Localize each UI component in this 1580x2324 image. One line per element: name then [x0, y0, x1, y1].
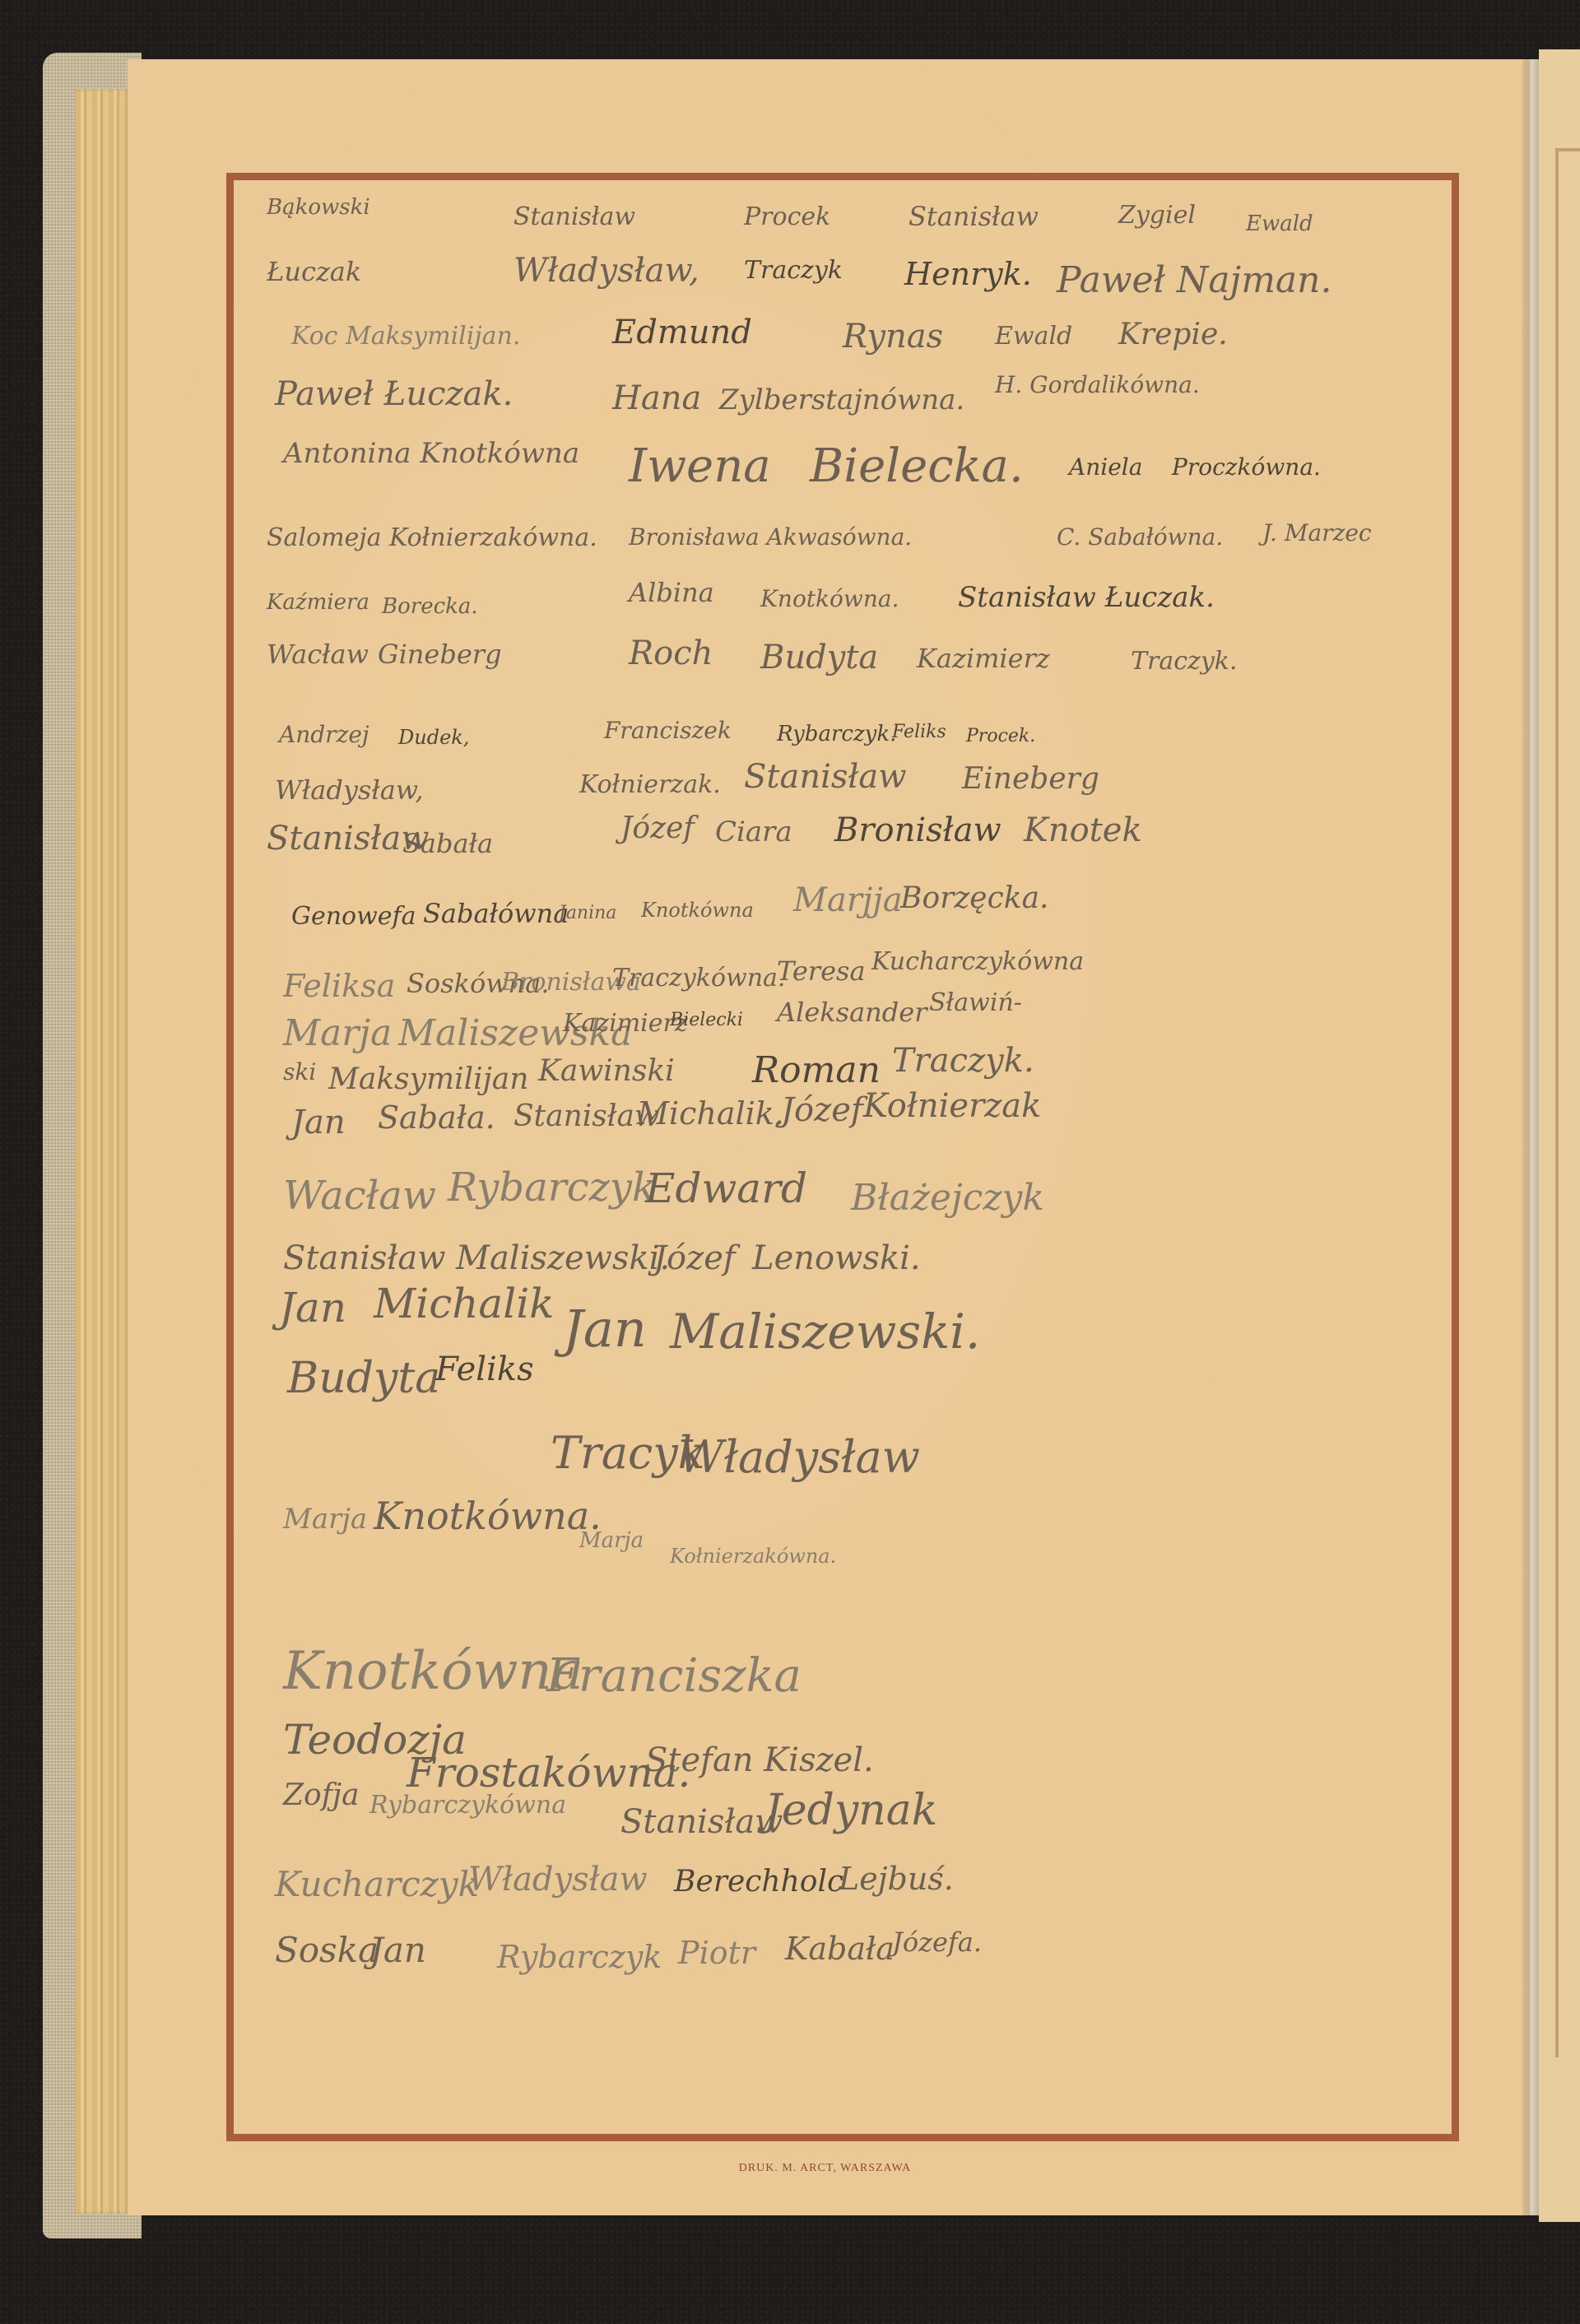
- handwritten-signature: Knotkówna.: [374, 1497, 602, 1535]
- handwritten-signature: Józef: [781, 1094, 863, 1127]
- adjacent-page-frame: [1555, 148, 1580, 2057]
- handwritten-signature: Kucharczykówna: [871, 950, 1084, 974]
- handwritten-signature: Salomeja Kołnierzakówna.: [267, 526, 597, 551]
- handwritten-signature: Łuczak: [267, 258, 361, 285]
- page-edge-stack: [76, 89, 130, 2214]
- handwritten-signature: Ciara: [715, 818, 792, 846]
- handwritten-signature: Stanisław: [744, 760, 906, 793]
- handwritten-signature: Knotkówna.: [760, 588, 899, 611]
- handwritten-signature: Błażejczyk: [851, 1180, 1044, 1216]
- handwritten-signature: Feliksa: [283, 970, 395, 1002]
- handwritten-signature: Stanisław: [513, 205, 635, 230]
- handwritten-signature: Paweł Najman.: [1057, 263, 1331, 299]
- handwritten-signature: Berechholc: [674, 1867, 843, 1897]
- handwritten-signature: Kazimierz: [917, 645, 1050, 672]
- handwritten-signature: Kołnierzak: [863, 1090, 1041, 1122]
- handwritten-signature: Bronisława Akwasówna.: [629, 526, 912, 549]
- handwritten-signature: Marja: [579, 1530, 644, 1551]
- handwritten-signature: Sabałówna: [423, 900, 569, 927]
- handwritten-signature: Rybarczyk: [448, 1168, 656, 1207]
- handwritten-signature: Kabała: [785, 1933, 895, 1964]
- handwritten-signature: Jan: [563, 1304, 647, 1355]
- handwritten-signature: Andrzej: [279, 723, 369, 746]
- handwritten-signature: Michalik.: [637, 1098, 784, 1129]
- handwritten-signature: Władysław: [468, 1863, 648, 1896]
- handwritten-signature: J. Marzec: [1262, 522, 1372, 545]
- handwritten-signature: C. Sabałówna.: [1057, 526, 1223, 549]
- red-border-frame: BąkowskiStanisławProcekStanisławZygielEw…: [226, 173, 1459, 2141]
- handwritten-signature: Rybarczyk: [497, 1941, 662, 1973]
- handwritten-signature: Jedynak: [764, 1789, 937, 1832]
- handwritten-signature: Marjja: [793, 884, 903, 917]
- handwritten-signature: Knotkówna: [641, 900, 754, 920]
- handwritten-signature: Zylberstajnówna.: [719, 386, 964, 414]
- handwritten-signature: Stanisław: [283, 1242, 445, 1275]
- handwritten-signature: Feliks: [892, 723, 946, 741]
- handwritten-signature: Traczykówna.: [612, 966, 785, 991]
- handwritten-signature: Gineberg: [378, 641, 502, 667]
- handwritten-signature: Jan: [369, 1933, 426, 1968]
- handwritten-signature: Stanisław: [908, 203, 1039, 230]
- handwritten-signature: Bielecki: [670, 1011, 743, 1030]
- handwritten-signature: Rynas: [843, 320, 943, 353]
- handwritten-signature: Maliszewski.: [670, 1308, 980, 1355]
- handwritten-signature: Janina: [559, 904, 616, 923]
- handwritten-signature: Budyta: [760, 641, 878, 674]
- handwritten-signature: Aleksander: [777, 999, 927, 1025]
- handwritten-signature: Edmund: [612, 316, 752, 349]
- handwritten-signature: Borecka.: [382, 596, 478, 617]
- handwritten-signature: Iwena: [629, 444, 771, 490]
- handwritten-signature: Koc Maksymilijan.: [291, 324, 520, 349]
- handwritten-signature: Henryk.: [904, 258, 1032, 290]
- handwritten-signature: Sabała.: [378, 1102, 495, 1133]
- handwritten-signature: Maksymilijan: [328, 1065, 528, 1095]
- handwritten-signature: Knotkówna: [283, 1645, 583, 1698]
- handwritten-signature: Kaźmiera: [267, 592, 369, 613]
- handwritten-signature: Genowefa: [291, 904, 416, 929]
- handwritten-signature: Teresa: [777, 958, 866, 984]
- handwritten-signature: Stanisław Łuczak.: [958, 583, 1215, 611]
- book-gutter: [1522, 59, 1539, 2215]
- handwritten-signature: Dudek,: [398, 727, 469, 747]
- handwritten-signature: Stefan Kiszel.: [645, 1744, 874, 1777]
- handwritten-signature: Wacław: [267, 641, 369, 667]
- handwritten-signature: Procek: [744, 205, 830, 230]
- handwritten-signature: Kawinski: [538, 1057, 675, 1086]
- handwritten-signature: Lejbuś.: [839, 1863, 954, 1894]
- handwritten-signature: Bąkowski: [267, 197, 370, 218]
- handwritten-signature: Sławiń-: [929, 991, 1022, 1016]
- handwritten-signature: Zygiel: [1118, 203, 1196, 228]
- handwritten-signature: Budyta: [287, 1357, 440, 1400]
- handwritten-signature: Proczkówna.: [1172, 456, 1321, 479]
- handwritten-signature: ski: [283, 1061, 316, 1084]
- handwritten-signature: Feliks: [435, 1353, 534, 1386]
- handwritten-signature: Bronisław: [834, 814, 1001, 847]
- handwritten-signature: Rybarczykówna: [369, 1793, 566, 1818]
- handwritten-signature: Wacław: [283, 1176, 436, 1215]
- handwritten-signature: Paweł Łuczak.: [275, 378, 513, 411]
- handwritten-signature: Józef: [653, 1242, 736, 1275]
- adjacent-page-edge: [1539, 49, 1580, 2222]
- handwritten-signature: Procek.: [966, 727, 1035, 746]
- handwritten-signature: Sabała: [402, 830, 493, 857]
- handwritten-signature: Józef: [620, 814, 695, 844]
- handwritten-signature: H. Gordalikówna.: [995, 374, 1200, 397]
- handwritten-signature: Franciszek: [604, 719, 732, 742]
- handwritten-signature: Jan: [291, 1106, 346, 1139]
- handwritten-signature: Jan: [279, 1287, 346, 1328]
- handwritten-signature: Traczyk: [744, 258, 843, 283]
- handwritten-signature: Roman: [752, 1053, 881, 1089]
- handwritten-signature: Traczyk.: [892, 1044, 1034, 1077]
- handwritten-signature: Eineberg: [962, 765, 1099, 794]
- handwritten-signature: Rybarczyk.: [777, 723, 896, 745]
- handwritten-signature: Kazimierz: [563, 1011, 688, 1036]
- handwritten-signature: Borzęcka.: [900, 884, 1049, 913]
- handwritten-signature: Michalik: [374, 1283, 554, 1324]
- handwritten-signature: Roch: [629, 637, 713, 670]
- handwritten-signature: Albina: [629, 579, 714, 606]
- signature-area: BąkowskiStanisławProcekStanisławZygielEw…: [234, 180, 1452, 2134]
- handwritten-signature: Marja: [283, 1016, 392, 1052]
- handwritten-signature: Marja: [283, 1505, 367, 1533]
- handwritten-signature: Lenowski.: [752, 1242, 921, 1275]
- handwritten-signature: Soska: [275, 1933, 379, 1968]
- handwritten-signature: Piotr: [678, 1937, 755, 1968]
- handwritten-signature: Ewald: [1246, 213, 1313, 235]
- handwritten-signature: Ewald: [995, 324, 1072, 349]
- handwritten-signature: Stanisław: [620, 1806, 783, 1838]
- book-page: BąkowskiStanisławProcekStanisławZygielEw…: [128, 59, 1522, 2215]
- handwritten-signature: Kołnierzakówna.: [670, 1546, 836, 1566]
- handwritten-signature: Maliszewski.: [456, 1242, 670, 1275]
- handwritten-signature: Władysław: [678, 1435, 920, 1480]
- handwritten-signature: Kucharczyk: [275, 1867, 479, 1902]
- handwritten-signature: Traczyk.: [1131, 649, 1238, 674]
- handwritten-signature: Edward: [645, 1168, 807, 1209]
- handwritten-signature: Krepie.: [1118, 320, 1228, 350]
- handwritten-signature: Bielecka.: [810, 444, 1024, 490]
- handwritten-signature: Hana: [612, 382, 701, 415]
- handwritten-signature: Kołnierzak.: [579, 773, 721, 797]
- handwritten-signature: Władysław,: [513, 254, 699, 287]
- handwritten-signature: Knotek: [1024, 814, 1142, 847]
- handwritten-signature: Antonina Knotkówna: [283, 439, 579, 467]
- handwritten-signature: Franciszka: [546, 1653, 802, 1699]
- handwritten-signature: Zofja: [283, 1781, 360, 1810]
- handwritten-signature: Władysław,: [275, 777, 424, 803]
- printer-imprint: DRUK. M. ARCT, WARSZAWA: [128, 2162, 1522, 2175]
- handwritten-signature: Józefa.: [892, 1929, 982, 1955]
- handwritten-signature: Aniela: [1069, 456, 1142, 479]
